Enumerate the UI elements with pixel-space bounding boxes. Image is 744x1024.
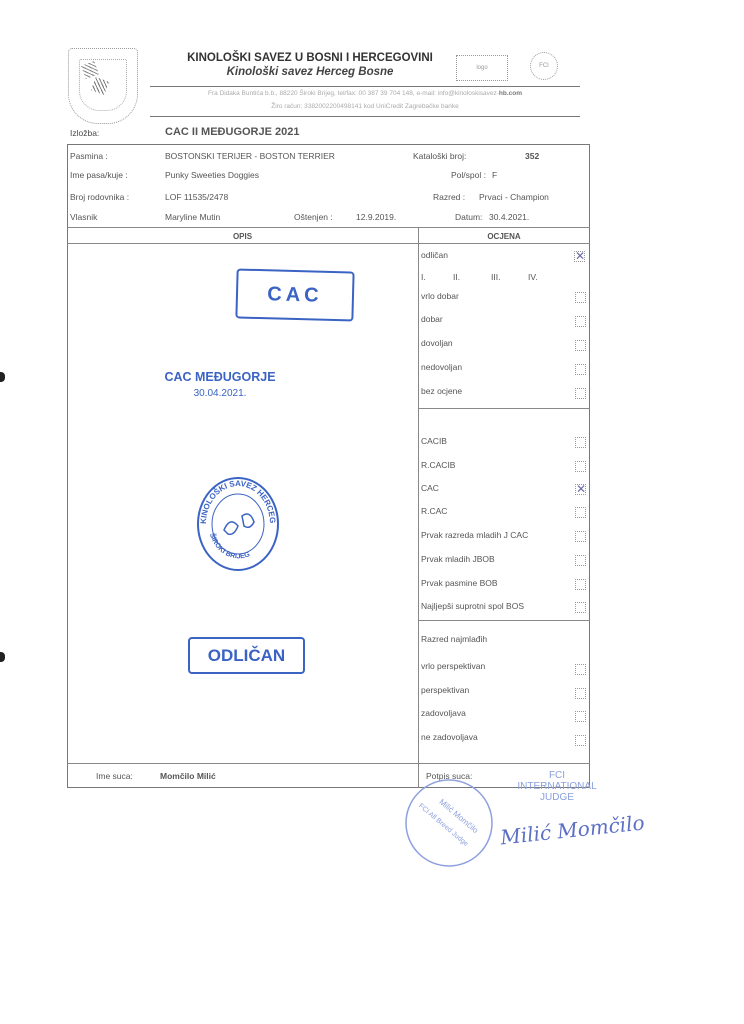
- svg-text:FCI All Breed Judge: FCI All Breed Judge: [417, 803, 469, 848]
- event-stamp-date: 30.04.2021.: [150, 388, 290, 399]
- puppy-label: zadovoljava: [421, 708, 466, 718]
- divider: [67, 227, 590, 228]
- address-line: Fra Didaka Buntića b.b., 88220 Široki Br…: [150, 90, 580, 97]
- placement-2: II.: [453, 272, 460, 282]
- title-jcac-checkbox[interactable]: [575, 531, 586, 542]
- event-stamp-name: CAC MEĐUGORJE: [150, 370, 290, 384]
- grade-odlican-label: odličan: [421, 250, 448, 260]
- fci-emblem-icon: FCI: [530, 52, 558, 80]
- date-value: 30.4.2021.: [489, 212, 529, 222]
- grade-label: vrlo dobar: [421, 291, 459, 301]
- judge-label: Ime suca:: [96, 771, 133, 781]
- puppy-class-heading: Razred najmlađih: [421, 634, 487, 644]
- title-rcacib-checkbox[interactable]: [575, 461, 586, 472]
- puppy-zadovoljava-checkbox[interactable]: [575, 711, 586, 722]
- placement-3: III.: [491, 272, 500, 282]
- divider: [418, 408, 590, 409]
- puppy-label: vrlo perspektivan: [421, 661, 485, 671]
- pedigree-label: Broj rodovnika :: [70, 192, 129, 202]
- header-divider: [150, 86, 580, 87]
- grade-label: dovoljan: [421, 338, 453, 348]
- grade-bez-ocjene-checkbox[interactable]: [575, 388, 586, 399]
- owner-label: Vlasnik: [70, 212, 97, 222]
- owner-value: Maryline Mutin: [165, 212, 220, 222]
- date-label: Datum:: [455, 212, 482, 222]
- judge-seal-stamp: Milić Momčilo FCI All Breed Judge: [404, 778, 494, 868]
- judge-name: Momčilo Milić: [160, 771, 216, 781]
- breed-label: Pasmina :: [70, 151, 108, 161]
- title-label: Prvak mladih JBOB: [421, 554, 495, 564]
- fci-judge-stamp: FCI INTERNATIONAL JUDGE: [512, 770, 602, 803]
- svg-text:ŠIROKI BRIJEG: ŠIROKI BRIJEG: [208, 532, 251, 561]
- placement-4: IV.: [528, 272, 538, 282]
- title-bos-checkbox[interactable]: [575, 602, 586, 613]
- org-subtitle: Kinološki savez Herceg Bosne: [180, 66, 440, 78]
- class-label: Razred :: [433, 192, 465, 202]
- sex-value: F: [492, 170, 497, 180]
- kinoloski-savez-logo: [68, 48, 138, 124]
- column-divider: [418, 227, 419, 788]
- puppy-label: perspektivan: [421, 685, 469, 695]
- grade-label: dobar: [421, 314, 443, 324]
- catalog-label: Kataloški broj:: [413, 151, 466, 161]
- title-jbob-checkbox[interactable]: [575, 555, 586, 566]
- divider: [418, 620, 590, 621]
- title-rcac-checkbox[interactable]: [575, 507, 586, 518]
- grade-label: bez ocjene: [421, 386, 462, 396]
- org-title: KINOLOŠKI SAVEZ U BOSNI I HERCEGOVINI: [180, 52, 440, 64]
- placement-1: I.: [421, 272, 426, 282]
- ocjena-column-header: OCJENA: [418, 232, 590, 241]
- breed-value: BOSTONSKI TERIJER - BOSTON TERRIER: [165, 151, 335, 161]
- cac-stamp: CAC: [235, 268, 354, 321]
- divider: [67, 763, 590, 764]
- show-name: CAC II MEĐUGORJE 2021: [165, 126, 299, 138]
- birth-date-value: 12.9.2019.: [356, 212, 396, 222]
- punch-hole-mark: [0, 372, 5, 382]
- dog-name-value: Punky Sweeties Doggies: [165, 170, 259, 180]
- club-seal-stamp: KINOLOŠKI SAVEZ HERCEG BOSNE ŠIROKI BRIJ…: [196, 472, 280, 572]
- grade-dovoljan-checkbox[interactable]: [575, 340, 586, 351]
- puppy-perspektivan-checkbox[interactable]: [575, 688, 586, 699]
- title-label: R.CACIB: [421, 460, 455, 470]
- title-cac-checkbox[interactable]: [575, 484, 586, 495]
- title-label: Prvak razreda mladih J CAC: [421, 530, 528, 540]
- title-cacib-checkbox[interactable]: [575, 437, 586, 448]
- catalog-number: 352: [525, 151, 539, 161]
- title-label: CAC: [421, 483, 439, 493]
- ksbih-emblem-icon: logo: [456, 55, 508, 81]
- grade-label: nedovoljan: [421, 362, 462, 372]
- divider: [67, 243, 590, 244]
- birth-date-label: Oštenjen :: [294, 212, 333, 222]
- class-value: Prvaci - Champion: [479, 192, 549, 202]
- grade-vrlo-dobar-checkbox[interactable]: [575, 292, 586, 303]
- punch-hole-mark: [0, 652, 5, 662]
- puppy-vrlo-perspektivan-checkbox[interactable]: [575, 664, 586, 675]
- opis-column-header: OPIS: [67, 232, 418, 241]
- title-label: Najljepši suprotni spol BOS: [421, 601, 524, 611]
- puppy-ne-zadovoljava-checkbox[interactable]: [575, 735, 586, 746]
- pedigree-value: LOF 11535/2478: [165, 192, 228, 202]
- title-bob-checkbox[interactable]: [575, 579, 586, 590]
- puppy-label: ne zadovoljava: [421, 732, 478, 742]
- bank-line: Žiro račun: 3382002200498141 kod UniCred…: [150, 103, 580, 110]
- result-stamp: ODLIČAN: [188, 637, 305, 674]
- header-divider: [150, 116, 580, 117]
- title-label: Prvak pasmine BOB: [421, 578, 498, 588]
- svg-text:KINOLOŠKI SAVEZ HERCEG BOSNE: KINOLOŠKI SAVEZ HERCEG BOSNE: [196, 472, 277, 524]
- dog-name-label: Ime pasa/kuje :: [70, 170, 128, 180]
- grade-nedovoljan-checkbox[interactable]: [575, 364, 586, 375]
- title-label: CACIB: [421, 436, 447, 446]
- grade-dobar-checkbox[interactable]: [575, 316, 586, 327]
- grade-odlican-checkbox[interactable]: [574, 251, 585, 262]
- judge-signature: Milić Momčilo: [499, 811, 645, 850]
- show-label: Izložba:: [70, 128, 99, 138]
- title-label: R.CAC: [421, 506, 447, 516]
- sex-label: Pol/spol :: [451, 170, 486, 180]
